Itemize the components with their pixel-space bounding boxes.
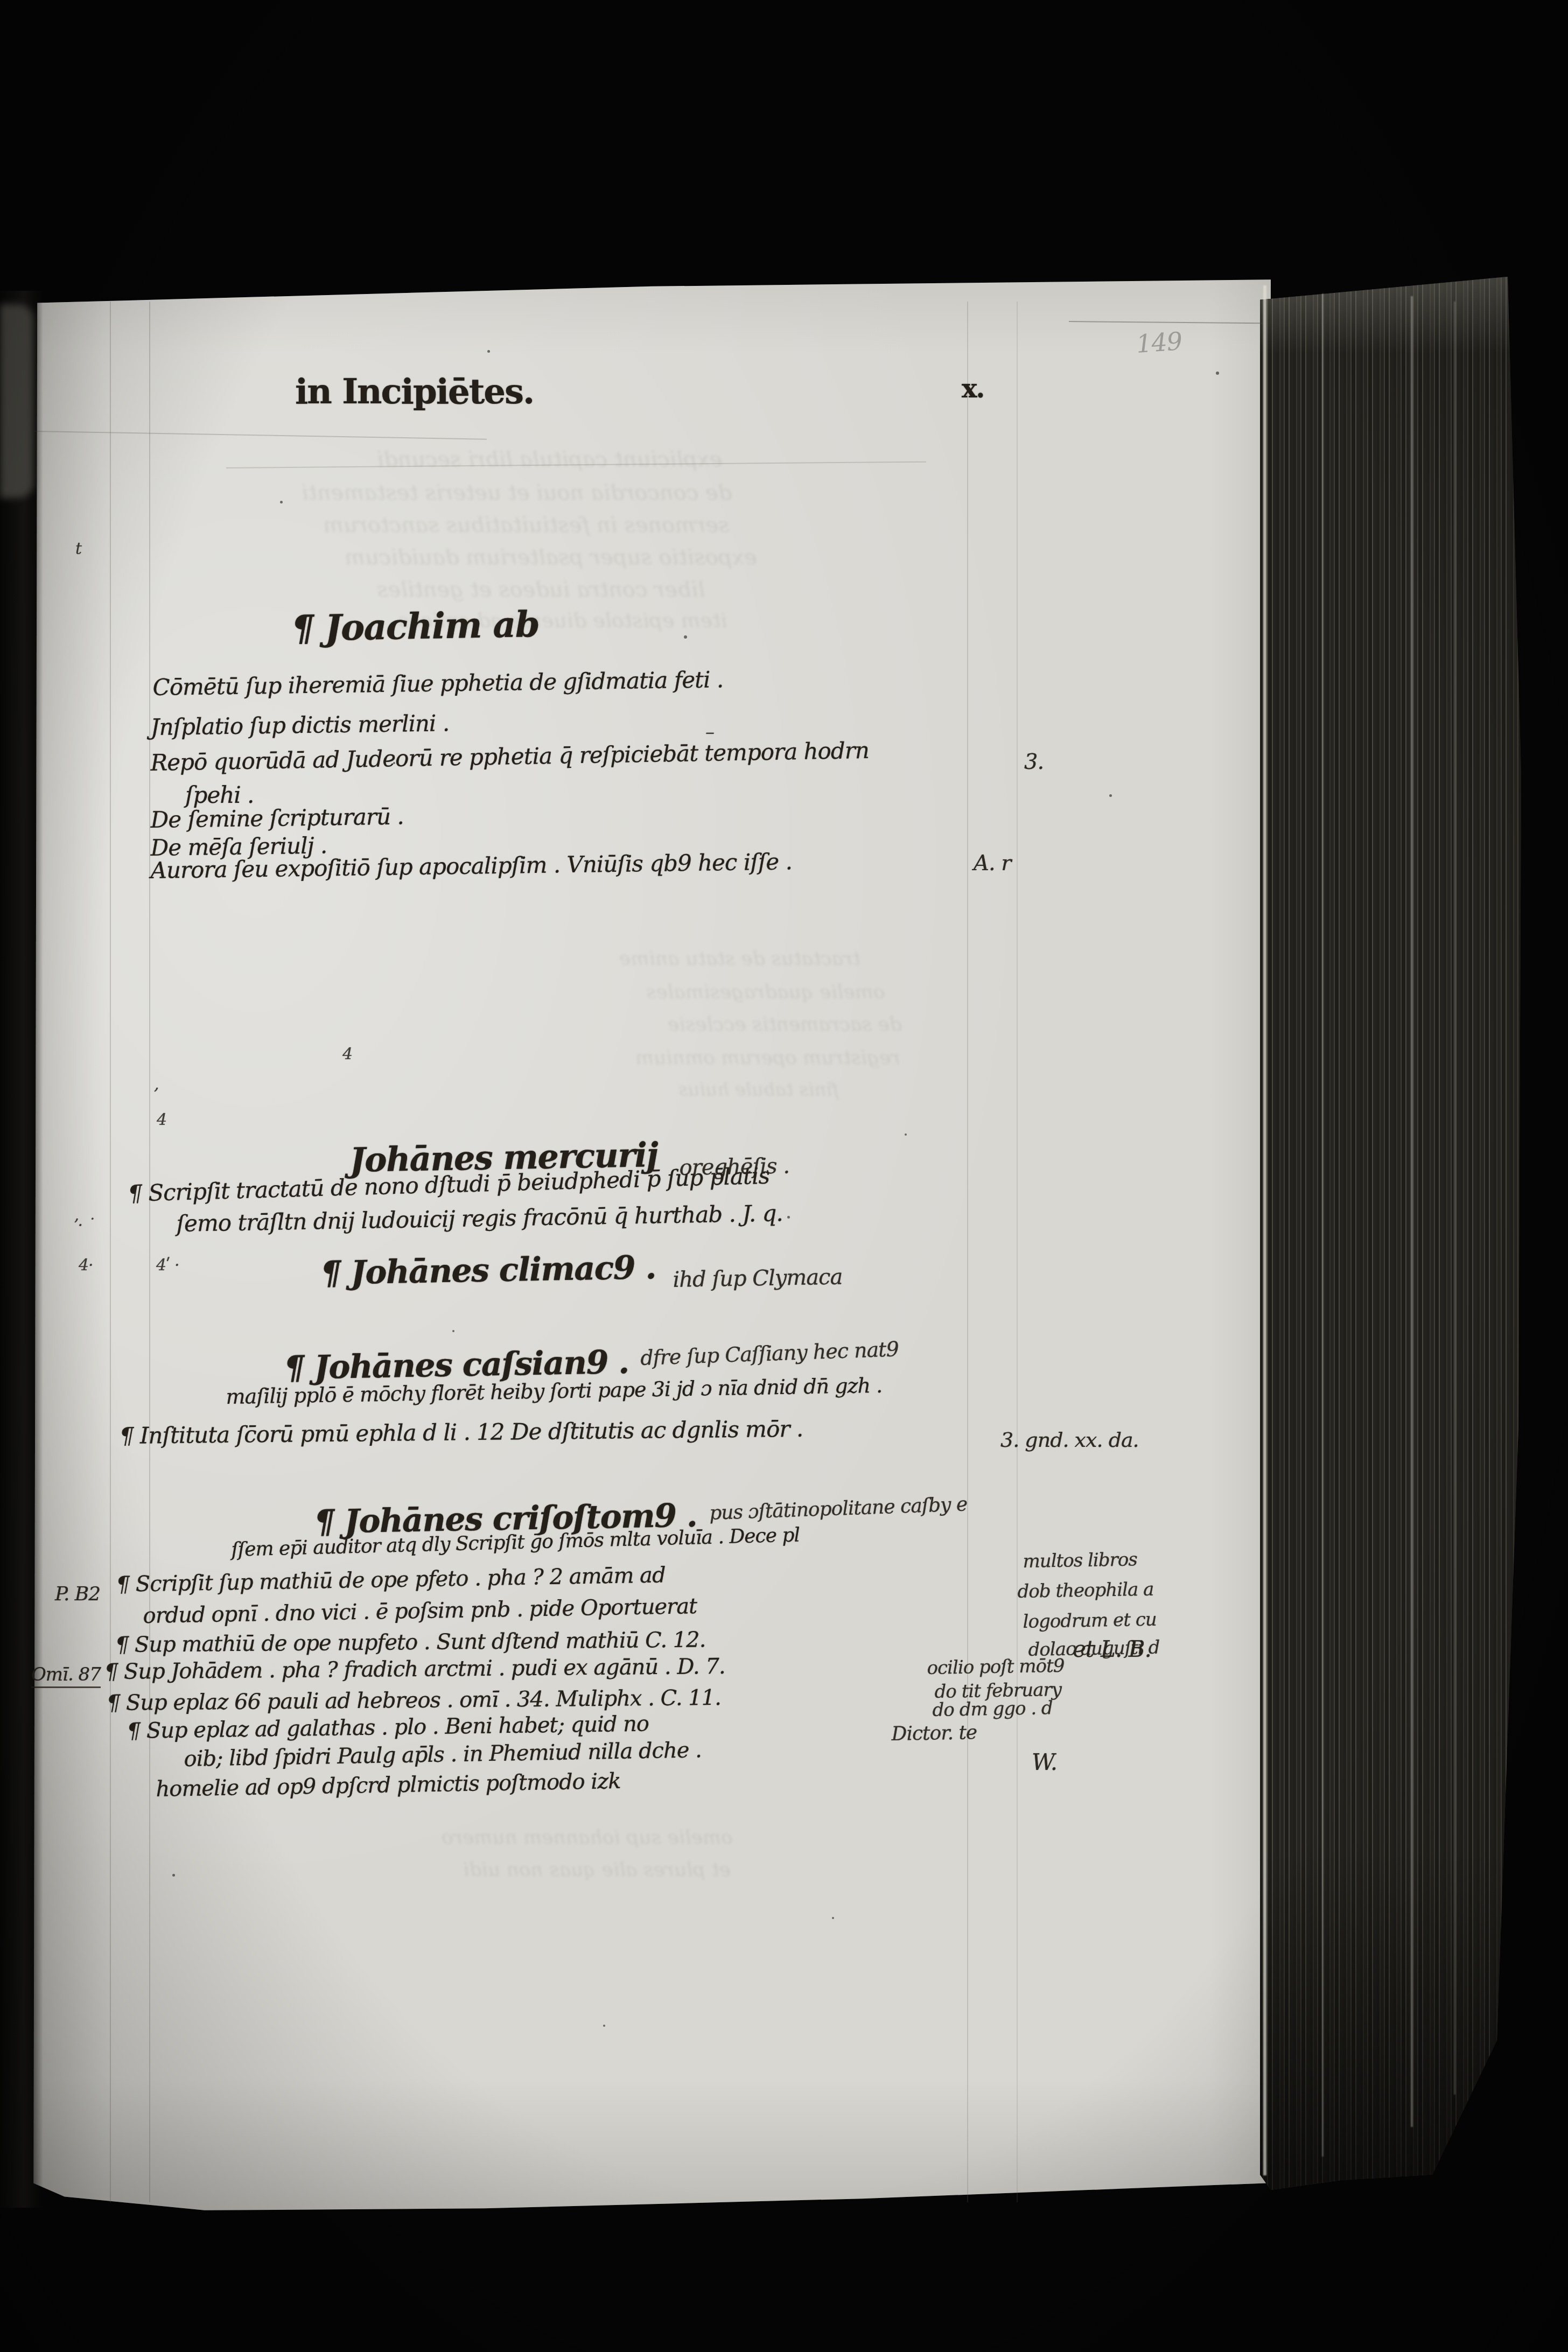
margin-note: P. B2 xyxy=(55,1583,100,1605)
bleed-through-text: omelie sup iohannem numero xyxy=(442,1826,733,1849)
gloss: do dm ggo . d xyxy=(932,1697,1053,1721)
stray-mark: , xyxy=(154,1075,159,1094)
dust-speck xyxy=(1109,794,1112,797)
ruling-line-vertical xyxy=(110,302,111,2202)
margin-note: 3. gnd. xx. da. xyxy=(1000,1428,1139,1452)
margin-note: et L. B. xyxy=(1073,1636,1151,1662)
gloss: dob theophila a xyxy=(1017,1579,1153,1602)
stray-mark: 4 xyxy=(342,1045,352,1063)
page-edge-highlight xyxy=(1322,293,1324,2157)
stray-mark: ʼ· ˙ xyxy=(73,1216,95,1235)
left-edge-clamp-shadow xyxy=(0,304,33,498)
stray-mark: 4· xyxy=(79,1256,93,1275)
bleed-through-text: omelie quadragesimales xyxy=(646,981,885,1003)
entry: ¶ Sup mathiū de ope nupfeto . Sunt dſten… xyxy=(115,1627,706,1657)
gloss: Dictor. te xyxy=(891,1721,977,1745)
ruling-line-vertical xyxy=(1017,302,1018,2202)
dust-speck xyxy=(280,501,283,503)
folio-number: 149 xyxy=(1135,326,1182,359)
dust-speck xyxy=(172,1874,175,1877)
heading-climacus: ¶ Johānes climac9 . xyxy=(320,1249,656,1292)
page-edge-highlight xyxy=(1263,285,1266,2175)
ruling-line-vertical xyxy=(149,302,150,2202)
gloss: multos libros xyxy=(1023,1549,1137,1572)
film-photograph: expliciunt capitula libri secundide conc… xyxy=(0,0,1568,2352)
stray-mark: t xyxy=(75,540,81,558)
bleed-through-text: de sacramentis ecclesie xyxy=(668,1013,902,1035)
bleed-through-text: sermones in festiuitatibus sanctorum xyxy=(323,513,730,537)
dust-speck xyxy=(452,1330,454,1332)
entry: Jnſplatio ſup dictis merlini . xyxy=(150,710,449,740)
left-edge-shadow xyxy=(0,291,43,2208)
entry: ſpehi . xyxy=(185,782,254,808)
bleed-through-text: tractatus de statu anime xyxy=(619,948,860,970)
dust-speck xyxy=(1216,372,1219,375)
stray-mark: 4ʹ · xyxy=(156,1256,179,1275)
ruling-line-vertical xyxy=(967,302,968,2202)
stray-mark: 4 xyxy=(157,1110,166,1129)
bleed-through-text: et plures alie quas non uidi xyxy=(463,1859,731,1881)
bleed-through-text: de concordia noui et ueteris testamenti xyxy=(302,480,732,505)
bleed-through-text: expliciunt capitula libri secundi xyxy=(377,447,722,472)
dust-speck xyxy=(603,2025,605,2027)
quire-mark: x. xyxy=(962,374,984,404)
margin-note: W. xyxy=(1032,1749,1057,1775)
book-fore-edge xyxy=(1260,277,1529,2194)
heading-joachim: ¶ Joachim ab xyxy=(291,603,540,649)
margin-note: A. r xyxy=(974,851,1011,876)
bleed-through-text: liber contra iudeos et gentiles xyxy=(377,577,705,602)
bleed-through-text: registrum operum omnium xyxy=(635,1047,900,1069)
bleed-through-text: expositio super psalterium dauidicum xyxy=(345,545,757,570)
dust-speck xyxy=(684,635,687,639)
dust-speck xyxy=(393,762,395,764)
dust-speck xyxy=(487,350,490,353)
margin-note: Omī. 87 xyxy=(31,1664,101,1688)
dust-speck xyxy=(905,1133,907,1136)
dust-speck xyxy=(832,1917,834,1919)
stray-mark: – xyxy=(705,722,714,743)
running-title: in Incipiētes. xyxy=(295,372,534,412)
page-edge-highlight xyxy=(1454,302,1455,2095)
dust-speck xyxy=(787,1216,790,1219)
gloss: ocilio poſt mōt9 xyxy=(927,1655,1064,1679)
gloss: ihd ſup Clymaca xyxy=(673,1265,843,1292)
gloss: logodrum et cu xyxy=(1023,1609,1157,1633)
entry: De ſemine ſcripturarū . xyxy=(150,803,404,833)
bleed-through-text: finis tabule huius xyxy=(678,1079,838,1101)
page-edge-highlight xyxy=(1411,296,1413,2127)
margin-note: 3. xyxy=(1024,750,1044,774)
